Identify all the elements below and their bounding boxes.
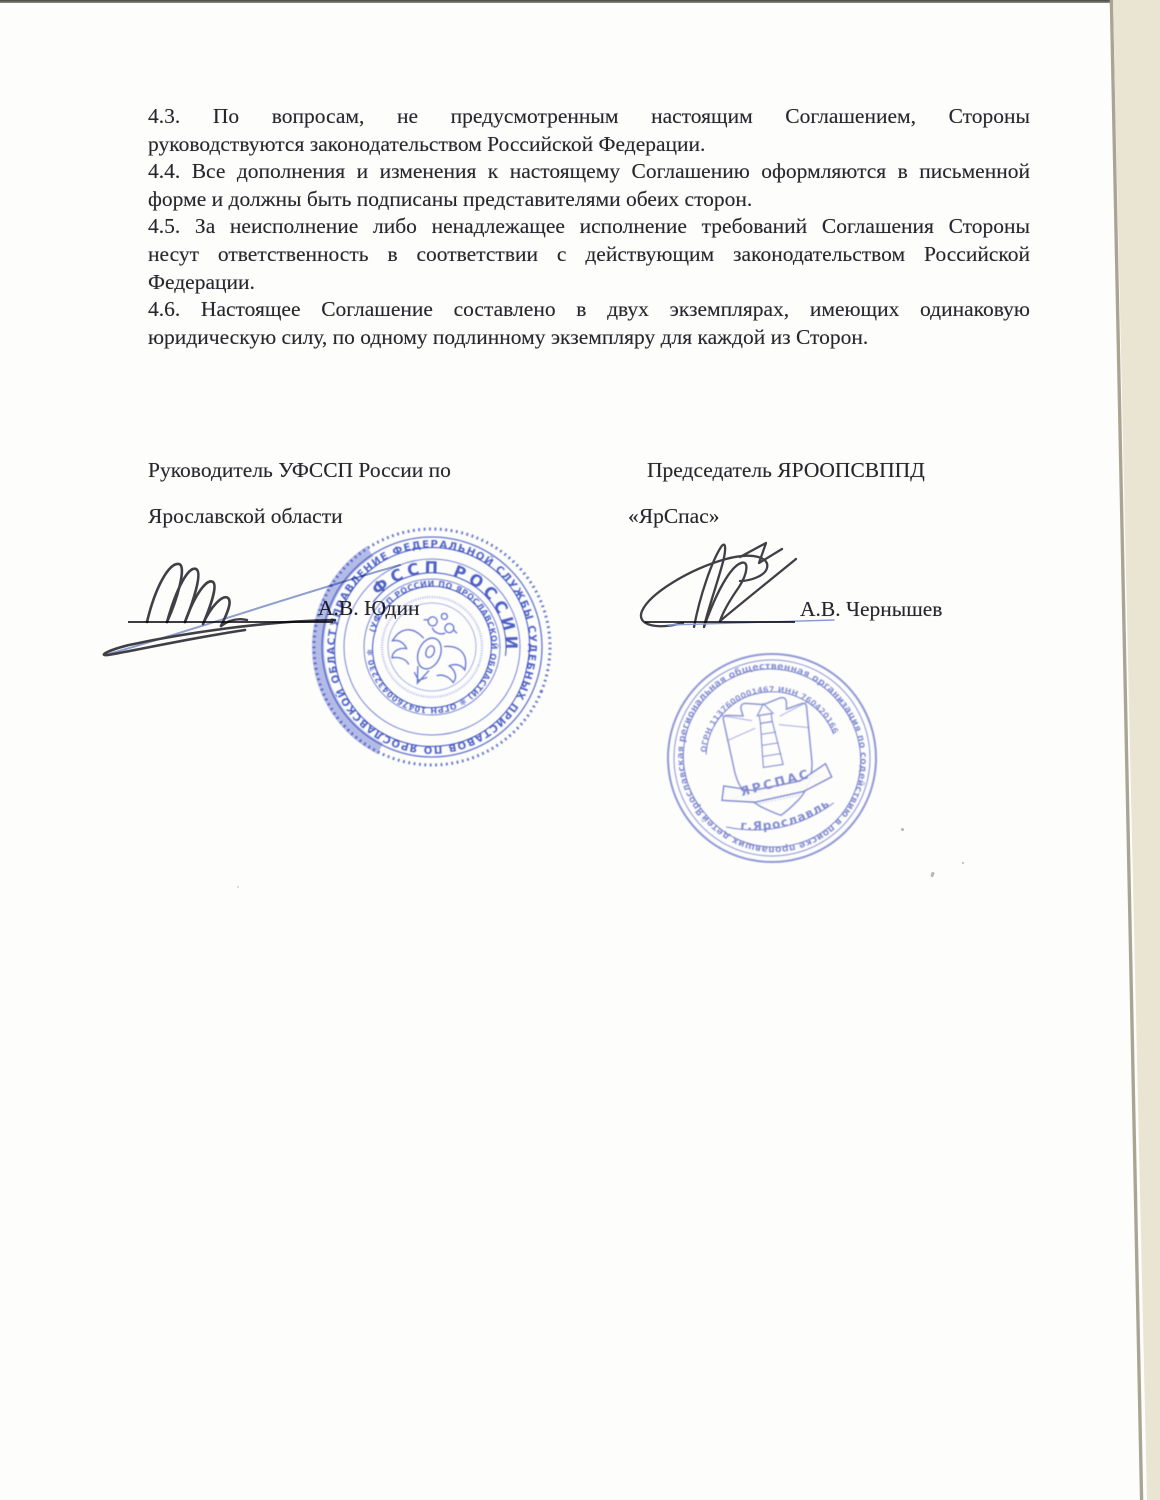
scan-speck (930, 872, 935, 878)
right-signature-handwriting (628, 535, 838, 653)
clause-4-3-line1: 4.3. По вопросам, не предусмотренным нас… (148, 103, 1030, 131)
double-headed-eagle-emblem (381, 599, 481, 698)
stamp-org-ring-text: УПРАВЛЕНИЕ ФЕДЕРАЛЬНОЙ СЛУЖБЫ СУДЕБНЫХ П… (287, 502, 577, 786)
left-signer-title-line1: Руководитель УФССП России по (148, 458, 451, 483)
fssp-round-stamp: УПРАВЛЕНИЕ ФЕДЕРАЛЬНОЙ СЛУЖБЫ СУДЕБНЫХ П… (287, 502, 577, 792)
scan-speck (901, 828, 904, 831)
scan-top-edge (0, 0, 1160, 3)
clause-4-5-line1: 4.5. За неисполнение либо ненадлежащее и… (148, 213, 1030, 241)
clause-4-4-line2: форме и должны быть подписаны представит… (148, 186, 1030, 214)
clause-4-6-line1: 4.6. Настоящее Соглашение составлено в д… (148, 296, 1030, 324)
clause-4-5-line2: несут ответственность в соответствии с д… (148, 241, 1030, 269)
clause-4-4-line1: 4.4. Все дополнения и изменения к настоя… (148, 158, 1030, 186)
clause-4-3-line2: руководствуются законодательством Россий… (148, 131, 1030, 159)
right-signer-title-line1: Председатель ЯРООПСВППД (647, 458, 925, 483)
scanned-agreement-page: 4.3. По вопросам, не предусмотренным нас… (0, 0, 1160, 1500)
scan-speck (237, 886, 239, 888)
clause-4-5-line3: Федерации. (148, 269, 1030, 297)
yarspas-round-stamp: Ярославская региональная общественная ор… (652, 638, 892, 878)
scan-speck (962, 862, 964, 864)
lighthouse-shield-emblem (719, 694, 824, 822)
clause-4-6-line2: юридическую силу, по одному подлинному э… (148, 324, 1030, 352)
svg-text:УПРАВЛЕНИЕ ФЕДЕРАЛЬНОЙ СЛУЖБЫ: УПРАВЛЕНИЕ ФЕДЕРАЛЬНОЙ СЛУЖБЫ СУДЕБНЫХ П… (287, 502, 577, 786)
document-body: 4.3. По вопросам, не предусмотренным нас… (148, 103, 1030, 351)
right-signer-title-line2: «ЯрСпас» (628, 504, 720, 529)
